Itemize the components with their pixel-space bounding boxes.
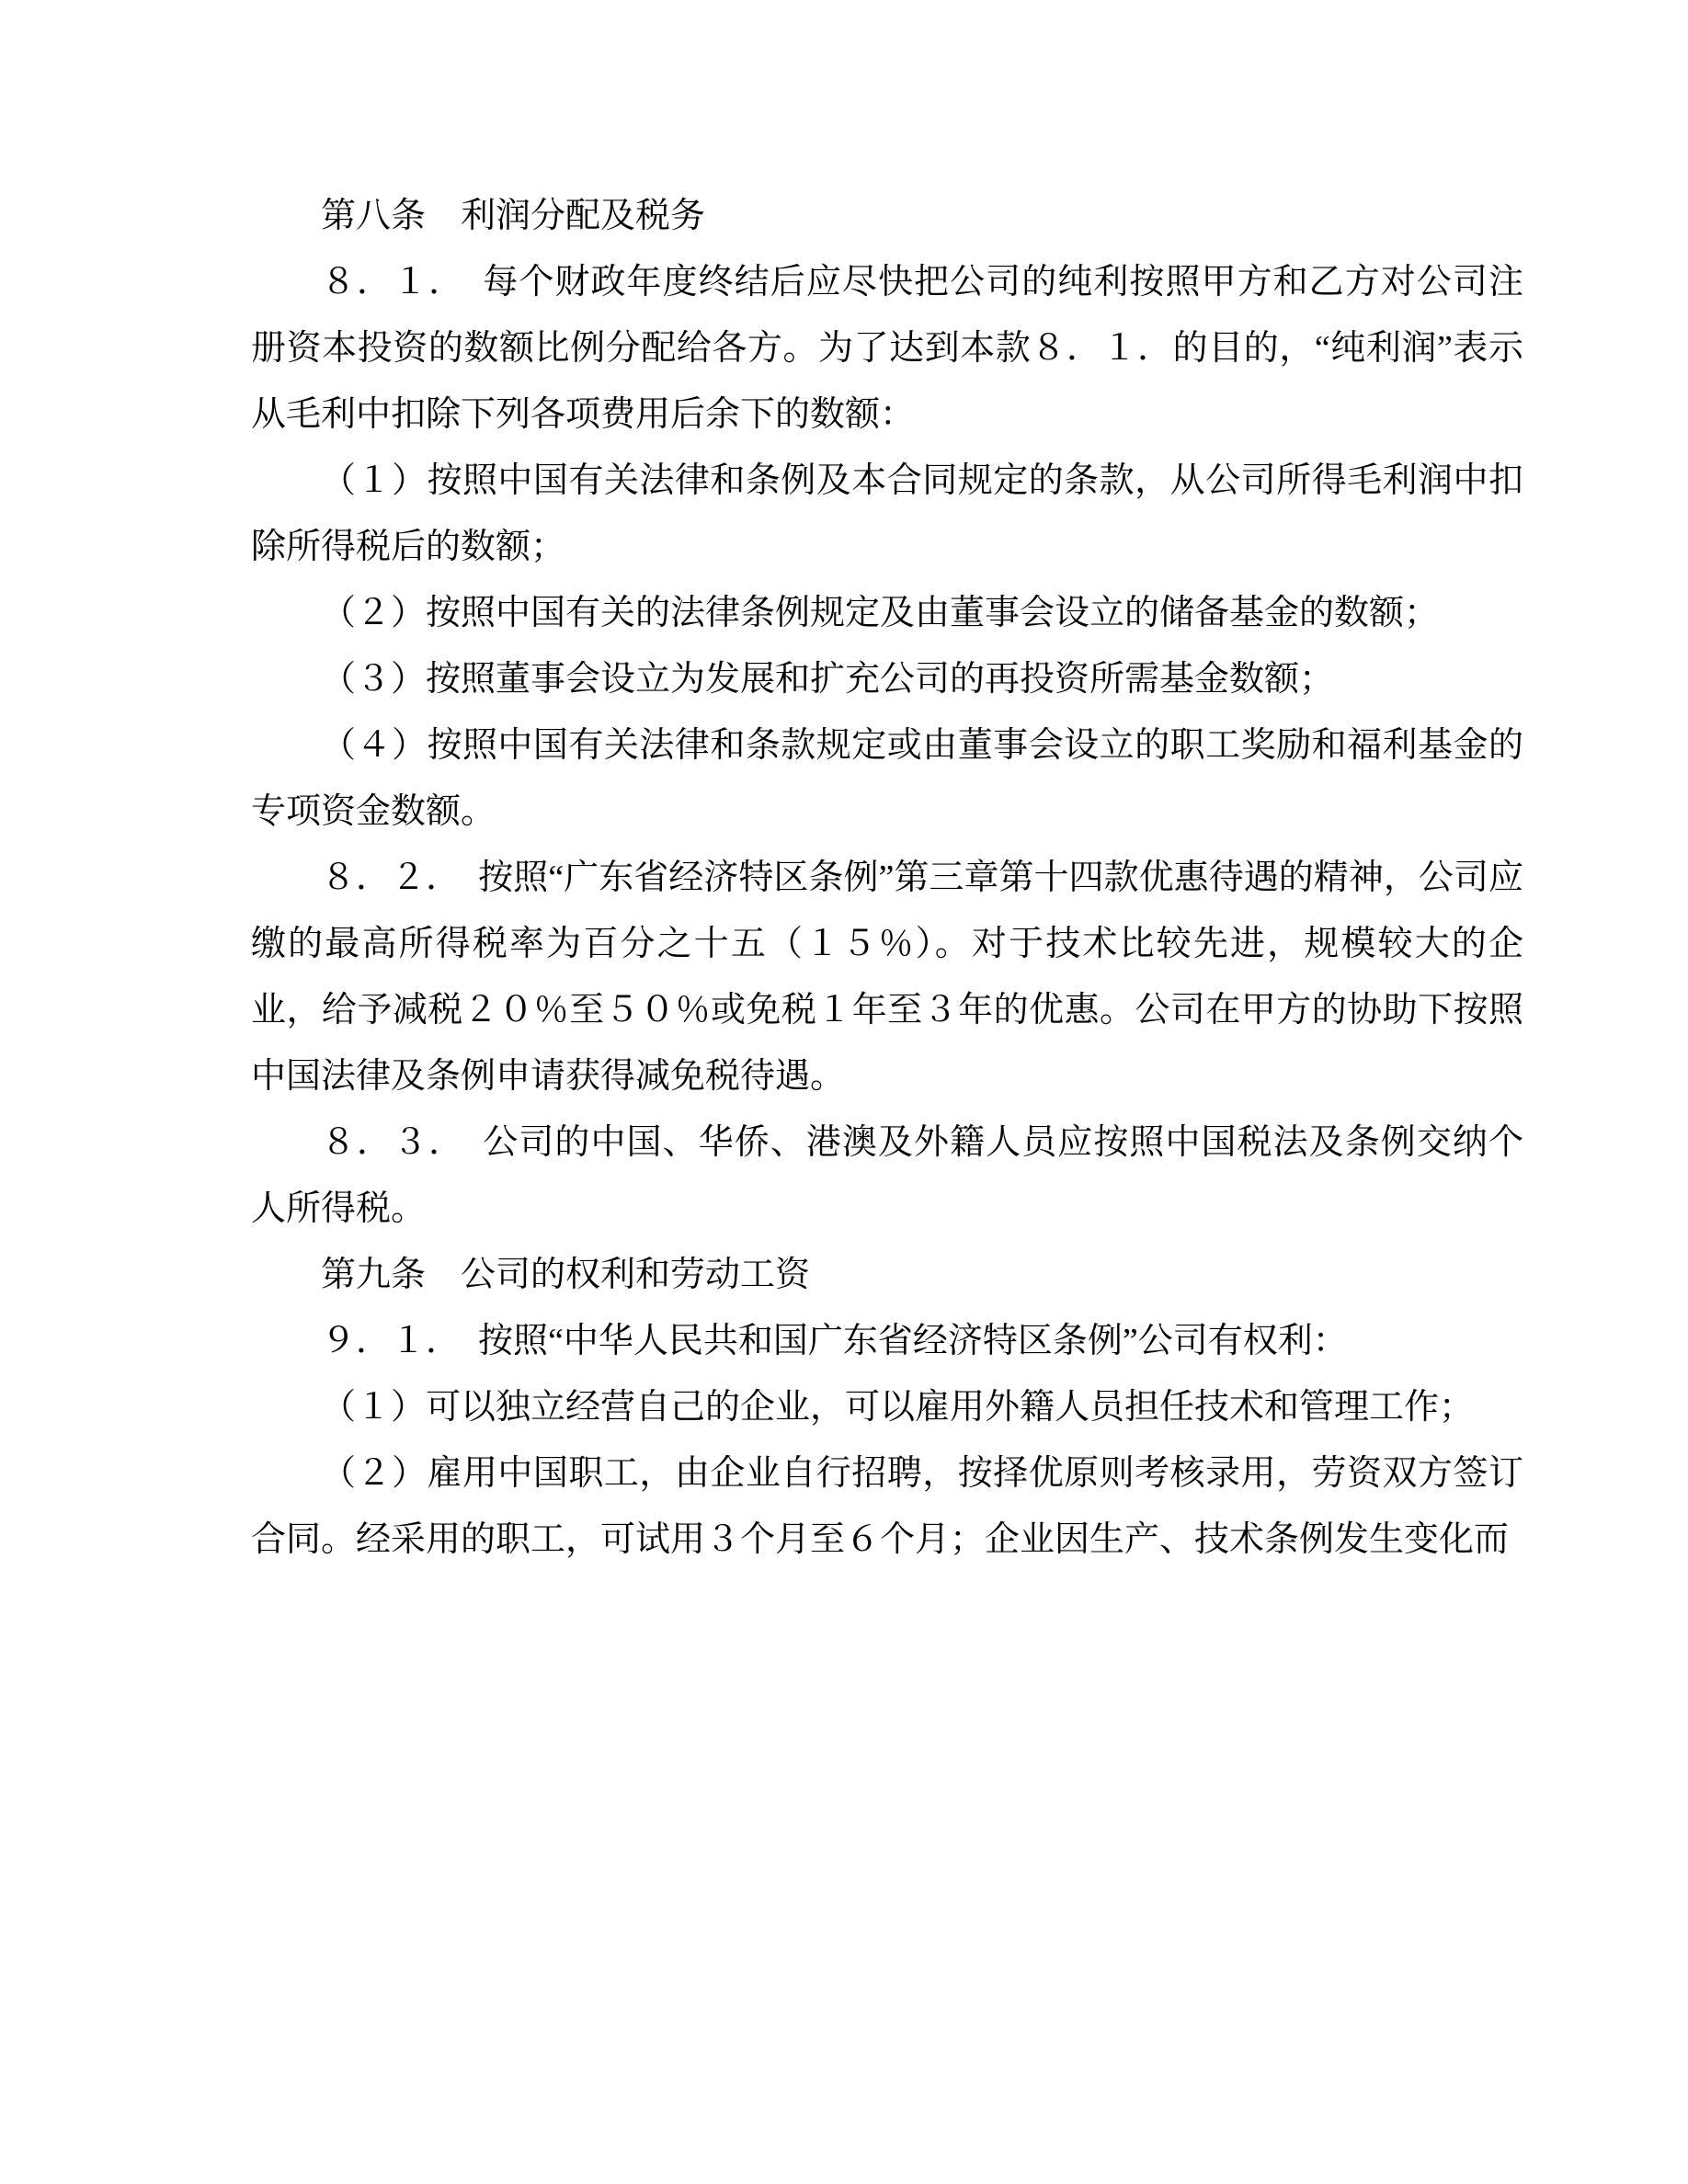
clause-8-1-item-4: （４）按照中国有关法律和条款规定或由董事会设立的职工奖励和福利基金的专项资金数额… (251, 712, 1523, 845)
clause-9-1-item-2: （２）雇用中国职工，由企业自行招聘，按择优原则考核录用，劳资双方签订合同。经采用… (251, 1440, 1523, 1573)
clause-8-1-item-3: （３）按照董事会设立为发展和扩充公司的再投资所需基金数额； (251, 646, 1523, 712)
clause-8-1-item-2: （２）按照中国有关的法律条例规定及由董事会设立的储备基金的数额； (251, 580, 1523, 646)
article-9-heading: 第九条 公司的权利和劳动工资 (251, 1242, 1523, 1308)
article-8-heading: 第八条 利润分配及税务 (251, 183, 1523, 249)
clause-8-1-item-1: （１）按照中国有关法律和条例及本合同规定的条款，从公司所得毛利润中扣除所得税后的… (251, 448, 1523, 580)
clause-8-2: ８．２． 按照“广东省经济特区条例”第三章第十四款优惠待遇的精神，公司应缴的最高… (251, 845, 1523, 1109)
document-page: 第八条 利润分配及税务 ８．１． 每个财政年度终结后应尽快把公司的纯利按照甲方和… (0, 0, 1688, 2184)
clause-8-1: ８．１． 每个财政年度终结后应尽快把公司的纯利按照甲方和乙方对公司注册资本投资的… (251, 249, 1523, 448)
clause-9-1: ９．１． 按照“中华人民共和国广东省经济特区条例”公司有权利： (251, 1308, 1523, 1374)
clause-9-1-item-1: （１）可以独立经营自己的企业，可以雇用外籍人员担任技术和管理工作； (251, 1374, 1523, 1440)
clause-8-3: ８．３． 公司的中国、华侨、港澳及外籍人员应按照中国税法及条例交纳个人所得税。 (251, 1109, 1523, 1242)
